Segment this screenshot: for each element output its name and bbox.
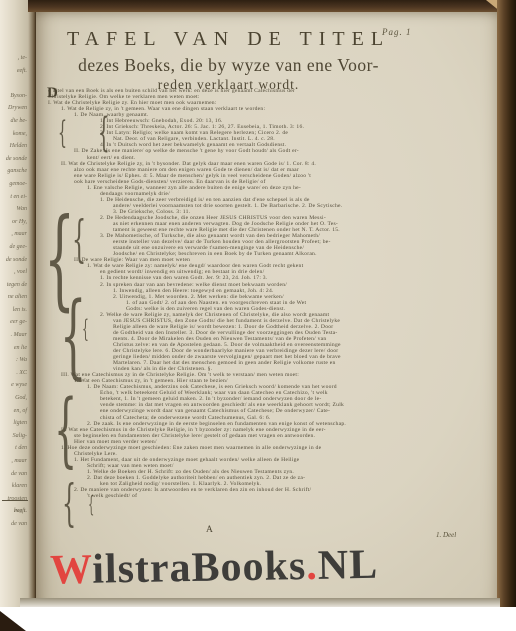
previous-page-text-fragments: , te-eeft. Byson-Drywendie be-kome,Helde… (0, 52, 27, 531)
previous-page-fragment: God, (0, 392, 27, 405)
previous-page-fragment (0, 77, 27, 90)
previous-page-fragment: de van (0, 468, 27, 481)
previous-page-fragment: . Maar (0, 329, 27, 342)
previous-page-fragment: en lie (0, 342, 27, 355)
previous-page-fragment: e wyse (0, 379, 27, 392)
curly-brace: { (58, 116, 67, 150)
previous-page-fragment: Helden (0, 140, 27, 153)
book-right-edge (497, 0, 516, 608)
title-block: TAFEL VAN DE TITEL dezes Boeks, die by w… (56, 28, 401, 93)
previous-page-fragment: : Wa (0, 354, 27, 367)
curly-brace: { (62, 476, 76, 530)
previous-page-fragment: Byson- (0, 90, 27, 103)
previous-page-fragment: de sonde (0, 153, 27, 166)
previous-page-fragment: kome, (0, 128, 27, 141)
photo-bottom-strip (0, 607, 516, 631)
watermark: WilstraBooks.NL (50, 540, 451, 595)
previous-page-fragment: die be- (0, 115, 27, 128)
previous-page-fragment: de sonde (0, 254, 27, 267)
previous-page-edge: , te-eeft. Byson-Drywendie be-kome,Helde… (0, 0, 36, 612)
previous-page-fragment: Wan (0, 203, 27, 216)
body-line: 't welk geschiedt/ of (48, 493, 488, 499)
previous-page-fragment: gemoe- (0, 178, 27, 191)
previous-page-fragment: , te- (0, 52, 27, 65)
previous-page-fragment: de van (0, 518, 27, 531)
previous-page-fragment: or Hy, (0, 216, 27, 229)
page-subtitle-line1: dezes Boeks, die by wyze van ene Voor- (56, 55, 401, 76)
watermark-mid: ilstraBooks (92, 543, 307, 593)
previous-page-fragment: tegen de (0, 279, 27, 292)
previous-page-fragment: , maar (0, 455, 27, 468)
signature-mark: A (206, 525, 214, 535)
previous-page-fragment: t den (0, 442, 27, 455)
book-photo: , te-eeft. Byson-Drywendie be-kome,Helde… (0, 0, 516, 631)
previous-page-fragment: eeft. (0, 65, 27, 78)
body-lines: e Titel van een Boek is als een buiten s… (48, 88, 488, 499)
watermark-w: W (50, 547, 93, 594)
previous-page-fragment: , voel (0, 266, 27, 279)
previous-page-fragment: ligten (0, 417, 27, 430)
previous-page-fragment: en, of (0, 405, 27, 418)
previous-page-fragment: gansche (0, 165, 27, 178)
book-page: Pag. 1 TAFEL VAN DE TITEL dezes Boeks, d… (36, 10, 498, 608)
catchword: 1. Deel (436, 531, 456, 539)
previous-page-fragment: eer ge- (0, 316, 27, 329)
curly-brace: { (82, 316, 89, 342)
previous-page-rule (2, 500, 28, 501)
previous-page-fragment: Salig- (0, 430, 27, 443)
curly-brace: { (98, 110, 110, 154)
previous-page-fragment: len is. (0, 304, 27, 317)
page-title: TAFEL VAN DE TITEL (56, 28, 401, 51)
previous-page-fragment: , maar (0, 228, 27, 241)
curly-brace: { (72, 212, 86, 266)
watermark-nl: NL (317, 542, 378, 589)
previous-page-fragment: . XC (0, 367, 27, 380)
previous-page-fragment: ne alien (0, 291, 27, 304)
previous-page-fragment: de gee- (0, 241, 27, 254)
watermark-dot: . (306, 543, 318, 589)
curly-brace: { (54, 386, 77, 474)
book-top-edge (28, 0, 516, 12)
previous-page-footnote: Pag 1. (0, 508, 27, 515)
curly-brace: { (88, 494, 94, 518)
previous-page-fragment: Drywen (0, 102, 27, 115)
previous-page-fragment: klaren (0, 480, 27, 493)
previous-page-fragment: t en ei- (0, 191, 27, 204)
